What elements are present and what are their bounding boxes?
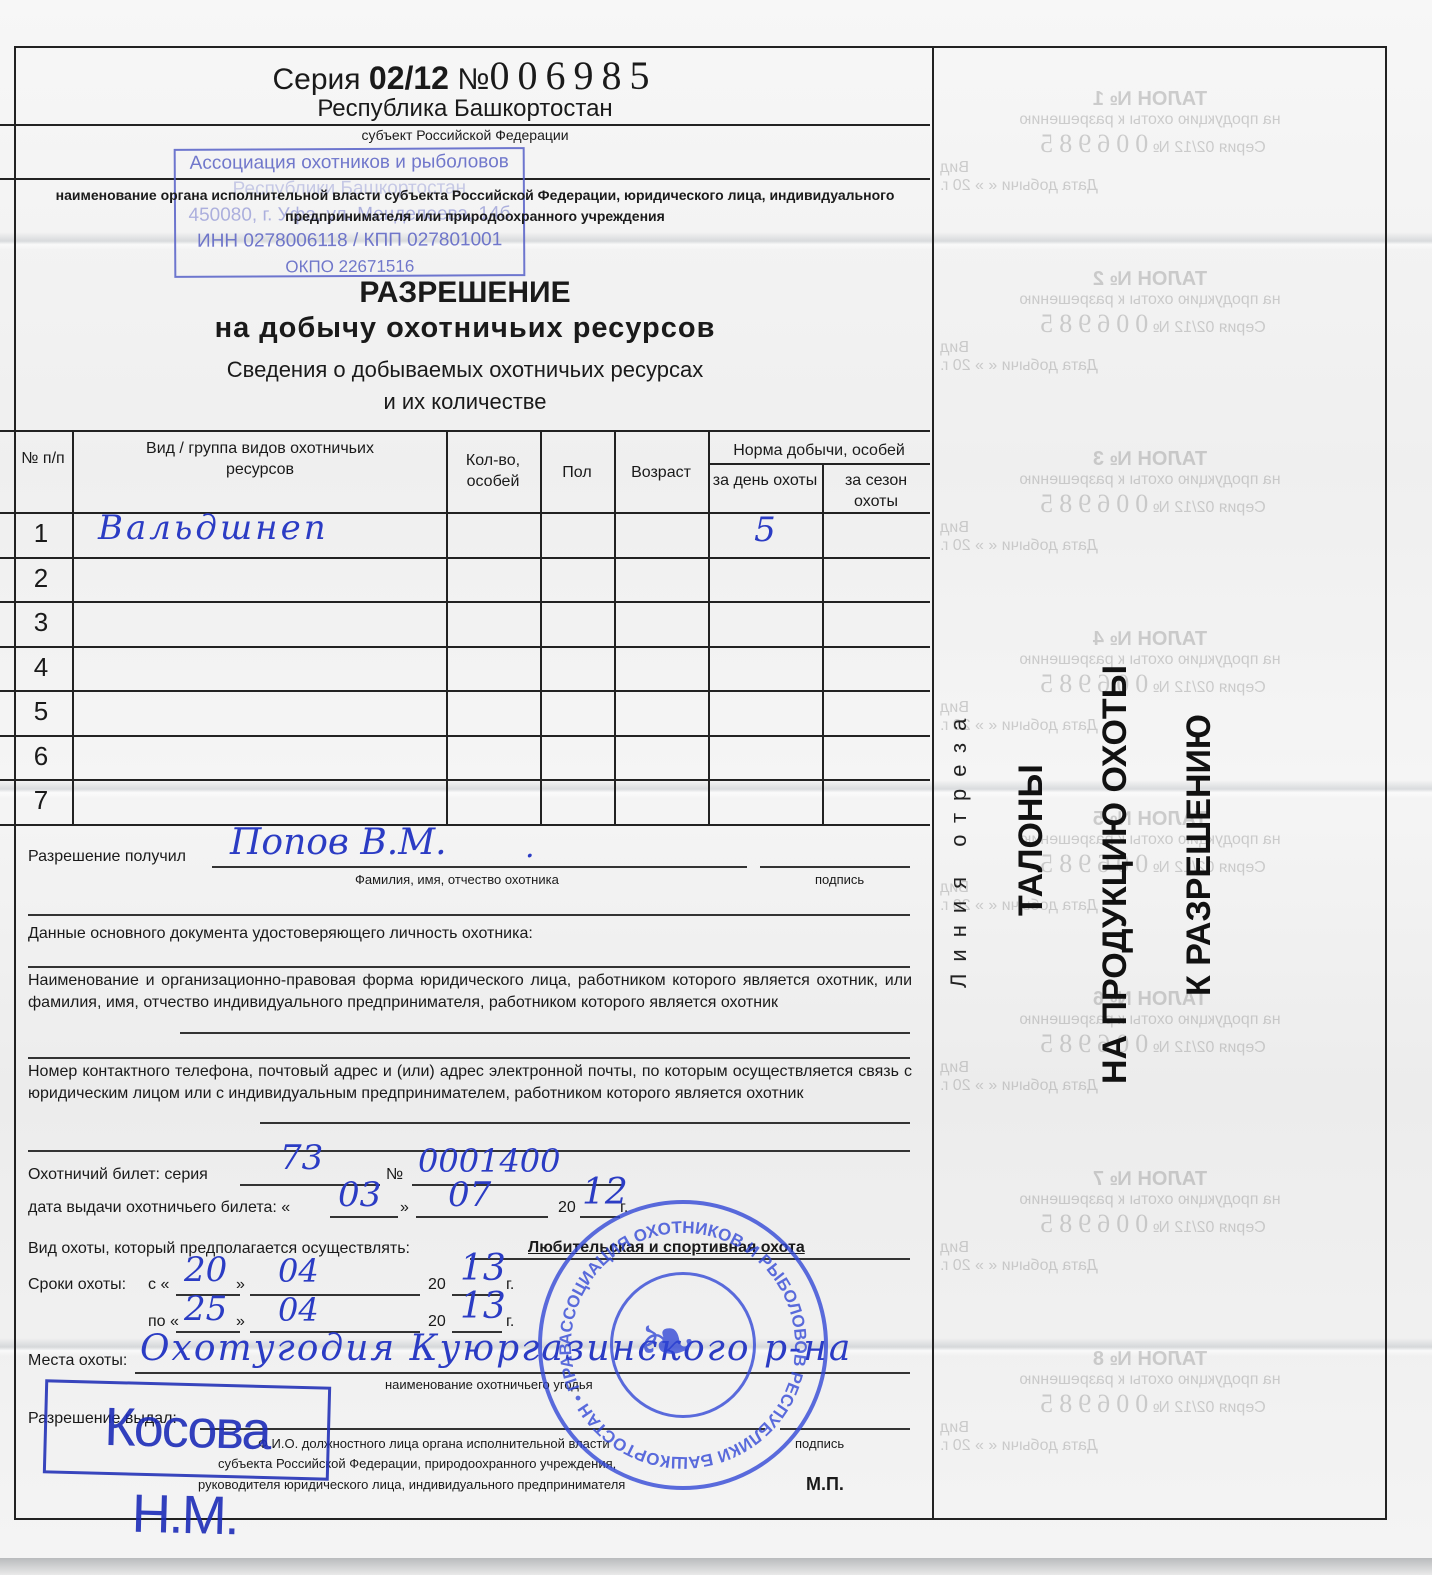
row-number: 6	[16, 741, 66, 772]
official-seal: АССОЦИАЦИЯ ОХОТНИКОВ И РЫБОЛОВОВ РЕСПУБЛ…	[538, 1200, 828, 1490]
talon-stub: ТАЛОН № 5на продукцию охоты к разрешению…	[930, 808, 1370, 915]
period-to-year[interactable]: 13	[460, 1286, 506, 1327]
section-title-2: и их количестве	[0, 389, 930, 415]
underline	[28, 1057, 910, 1059]
recipient-name-field[interactable]: Попов В.М.	[230, 822, 447, 863]
header-per-day: за день охоты	[708, 470, 822, 491]
talon-stub: ТАЛОН № 2на продукцию охоты к разрешению…	[930, 268, 1370, 375]
fish-emblem-icon: ❧	[637, 1299, 697, 1383]
ticket-issue-day[interactable]: 03	[338, 1175, 381, 1215]
recipient-signature-caption: подпись	[815, 872, 864, 887]
talons-title-1: ТАЛОНЫ	[1012, 764, 1051, 916]
underline	[416, 1216, 548, 1218]
talons-title-2: НА ПРОДУКЦИЮ ОХОТЫ	[1096, 665, 1135, 1084]
employer-label: Наименование и организационно-правовая ф…	[28, 970, 912, 1014]
talon-stub: ТАЛОН № 8на продукцию охоты к разрешению…	[930, 1348, 1370, 1455]
divider	[0, 124, 930, 126]
contact-field[interactable]	[260, 1122, 910, 1124]
issuer-caption: наименование органа исполнительной власт…	[30, 185, 920, 227]
section-title: Сведения о добываемых охотничьих ресурса…	[0, 357, 930, 383]
period-from-prefix: с «	[148, 1276, 169, 1294]
series-line: Серия 02/12 №006985	[0, 52, 930, 99]
talon-stub: ТАЛОН № 1на продукцию охоты к разрешению…	[930, 88, 1370, 195]
period-to-month[interactable]: 04	[278, 1291, 319, 1329]
underline	[28, 914, 910, 916]
talon-stub: ТАЛОН № 6на продукцию охоты к разрешению…	[930, 988, 1370, 1095]
region-caption: субъект Российской Федерации	[0, 127, 930, 143]
permit-number: 006985	[490, 53, 658, 98]
table-row	[14, 557, 930, 602]
ticket-series-field[interactable]: 73	[280, 1138, 323, 1178]
document-subtitle: на добычу охотничьих ресурсов	[0, 312, 930, 345]
period-from-month[interactable]: 04	[278, 1252, 319, 1290]
row-number: 4	[16, 652, 66, 683]
place-label: Места охоты:	[28, 1352, 127, 1370]
period-label: Сроки охоты:	[28, 1276, 126, 1294]
issuer-name-stamp: Косова Н.М.	[43, 1379, 331, 1480]
row-number: 5	[16, 696, 66, 727]
row-number: 2	[16, 563, 66, 594]
period-to-day[interactable]: 25	[184, 1289, 227, 1329]
ticket-series-label: Охотничий билет: серия	[28, 1166, 208, 1184]
underline	[760, 866, 910, 868]
header-norm: Норма добычи, особей	[708, 440, 930, 461]
underline	[250, 1294, 420, 1296]
recipient-label: Разрешение получил	[28, 848, 186, 866]
species-cell[interactable]: Вальдшнеп	[98, 508, 329, 548]
table-row	[14, 779, 930, 824]
cut-line-label: Линия отреза	[946, 707, 972, 988]
quote-close: »	[400, 1199, 409, 1217]
talon-stub: ТАЛОН № 7на продукцию охоты к разрешению…	[930, 1168, 1370, 1275]
header-per-season: за сезон охоты	[822, 470, 930, 512]
table-row	[14, 735, 930, 780]
permit-document: Серия 02/12 №006985 Республика Башкортос…	[0, 0, 1432, 1560]
region-name: Республика Башкортостан	[0, 95, 930, 123]
ticket-number-label: №	[386, 1166, 403, 1184]
underline	[28, 966, 910, 968]
talon-stub: ТАЛОН № 4на продукцию охоты к разрешению…	[930, 628, 1370, 735]
talon-panel: ТАЛОН № 1на продукцию охоты к разрешению…	[930, 48, 1385, 1520]
identity-doc-label: Данные основного документа удостоверяюще…	[28, 925, 533, 943]
header-num: № п/п	[14, 448, 72, 469]
table-border	[708, 463, 930, 465]
underline	[330, 1216, 398, 1218]
scan-edge	[0, 1558, 1432, 1575]
header-age: Возраст	[614, 462, 708, 483]
talons-title-3: К РАЗРЕШЕНИЮ	[1180, 714, 1219, 996]
employer-field[interactable]	[180, 1032, 910, 1034]
ticket-issue-month[interactable]: 07	[448, 1175, 491, 1215]
year-suffix: г.	[506, 1276, 514, 1294]
header-sex: Пол	[540, 462, 614, 483]
period-from-year[interactable]: 13	[460, 1248, 506, 1289]
recipient-dot: .	[525, 830, 535, 865]
period-from-day[interactable]: 20	[184, 1250, 227, 1290]
quote-close: »	[236, 1276, 245, 1294]
contact-label: Номер контактного телефона, почтовый адр…	[28, 1061, 912, 1105]
document-title: РАЗРЕШЕНИЕ	[0, 276, 930, 310]
table-row	[14, 690, 930, 735]
header-count: Кол-во, особей	[446, 450, 540, 492]
row-number: 3	[16, 607, 66, 638]
table-row	[14, 601, 930, 646]
ticket-issue-label: дата выдачи охотничьего билета: «	[28, 1199, 290, 1217]
identity-doc-field[interactable]	[28, 948, 910, 968]
header-species: Вид / группа видов охотничьих ресурсов	[140, 438, 380, 480]
row-number: 7	[16, 785, 66, 816]
table-border	[0, 824, 930, 826]
per-day-cell[interactable]: 5	[708, 510, 822, 550]
table-border	[0, 430, 930, 432]
underline	[212, 866, 747, 868]
table-row	[14, 646, 930, 691]
talon-stub: ТАЛОН № 3на продукцию охоты к разрешению…	[930, 448, 1370, 555]
year-prefix: 20	[428, 1276, 446, 1294]
row-number: 1	[16, 518, 66, 549]
recipient-name-caption: Фамилия, имя, отчество охотника	[355, 872, 559, 887]
